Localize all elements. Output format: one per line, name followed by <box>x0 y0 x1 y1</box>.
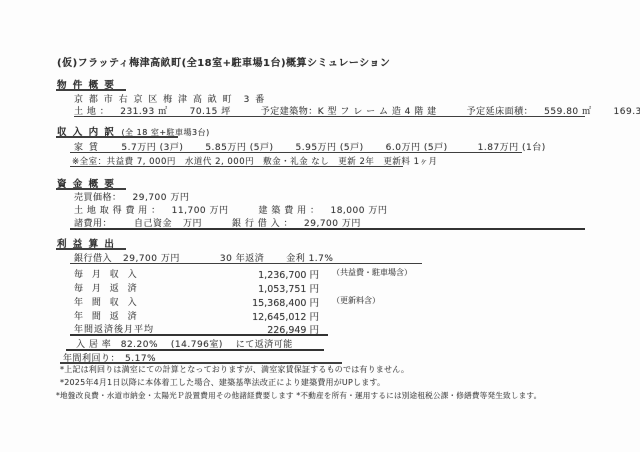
profit-row-value: 15,368,400 円 <box>169 295 319 309</box>
heading-underline <box>56 136 178 138</box>
price-value: 29,700 万円 <box>133 190 190 203</box>
profit-row-label: 毎 月 収 入 <box>74 267 140 280</box>
heading-underline <box>56 89 126 91</box>
document-title: (仮)フラッティ梅津高畝町(全18室+駐車場1台)概算シミュレーション <box>57 54 390 69</box>
profit-row: 年間返済後月平均 226,949 円 <box>74 322 494 334</box>
price-line: 売買価格： 29,700 万円 <box>74 190 189 203</box>
build-cost-label: 建 築 費 用 ： <box>259 203 320 216</box>
build-cost-value: 18,000 万円 <box>330 203 387 216</box>
footnote: *2025年4月1日以降に本体着工した場合、建築基準法改正により建築費用がUPし… <box>60 377 385 388</box>
profit-row: 年 間 収 入 15,368,400 円 （更新料含） <box>74 295 494 307</box>
cost-line: 土 地 取 得 費 用 ： 11,700 万円 建 築 費 用 ： 18,000… <box>74 203 387 216</box>
profit-row-value: 12,645,012 円 <box>169 309 319 323</box>
rent-line-underline <box>70 152 522 153</box>
land-cost-label: 土 地 取 得 費 用 ： <box>74 203 161 216</box>
profit-row-note: （共益費・駐車場含） <box>332 267 412 278</box>
profit-row-value: 1,053,751 円 <box>169 281 319 295</box>
profit-row-label: 毎 月 返 済 <box>74 281 140 294</box>
profit-row-note: （更新料含） <box>332 295 380 306</box>
footnote: *地盤改良費・水道市納金・太陽光Ｐ設置費用その他諸経費要します *不動産を所有・… <box>56 390 541 401</box>
funding-bottom-rule <box>70 228 585 230</box>
bank-loan-underline <box>70 263 422 264</box>
heading-underline <box>56 248 126 250</box>
all-rooms-underline <box>70 166 403 167</box>
footnote: *上記は利回りは満室にての計算となっておりますが、満室家賃保証するものでは有りま… <box>60 364 409 375</box>
scanned-simulation-document: (仮)フラッティ梅津高畝町(全18室+駐車場1台)概算シミュレーション 物 件 … <box>0 0 640 452</box>
floor-area-tsubo: 169.33 坪 <box>614 104 640 117</box>
monthly-average-underline <box>70 334 328 336</box>
profit-row: 毎 月 収 入 1,236,700 円 （共益費・駐車場含） <box>74 267 494 279</box>
profit-row: 年 間 返 済 12,645,012 円 <box>74 309 494 321</box>
land-cost-value: 11,700 万円 <box>172 203 229 216</box>
land-line-underline <box>74 116 585 117</box>
profit-row-label: 年 間 収 入 <box>74 295 140 308</box>
profit-row-label: 年 間 返 済 <box>74 309 140 322</box>
profit-row: 毎 月 返 済 1,053,751 円 <box>74 281 494 293</box>
price-label: 売買価格： <box>74 190 122 203</box>
profit-row-value: 1,236,700 円 <box>169 267 319 281</box>
